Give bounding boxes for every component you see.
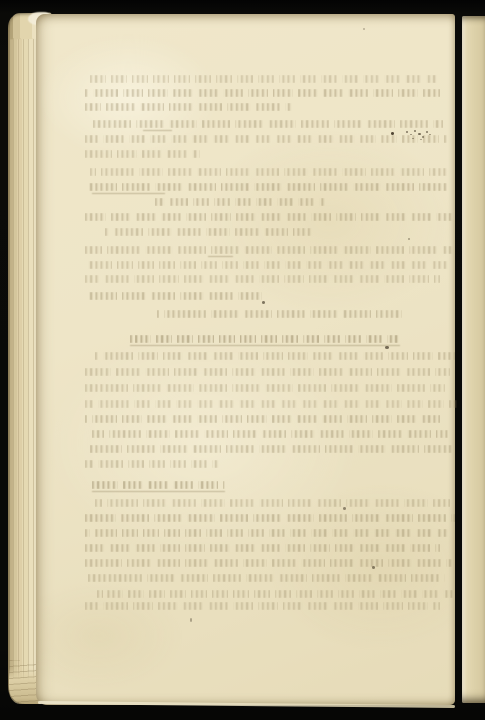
- ink-speck: [426, 131, 428, 133]
- ink-speck: [420, 139, 422, 140]
- ink-speck: [414, 130, 416, 132]
- photo-backdrop: [0, 0, 485, 720]
- ink-speck: [363, 28, 365, 30]
- ink-speck: [262, 301, 265, 304]
- ink-speck: [190, 618, 192, 622]
- ink-speck: [410, 134, 412, 135]
- ink-speck: [418, 133, 421, 135]
- ink-speck: [391, 132, 394, 135]
- ink-speck: [385, 346, 389, 349]
- ink-speck: [406, 131, 408, 133]
- ink-speck: [422, 136, 424, 138]
- ink-speck-layer: [0, 0, 485, 720]
- ink-speck: [408, 238, 410, 240]
- ink-speck: [372, 566, 375, 569]
- ink-speck: [429, 134, 431, 135]
- ink-speck: [343, 507, 346, 510]
- ink-speck: [412, 138, 414, 139]
